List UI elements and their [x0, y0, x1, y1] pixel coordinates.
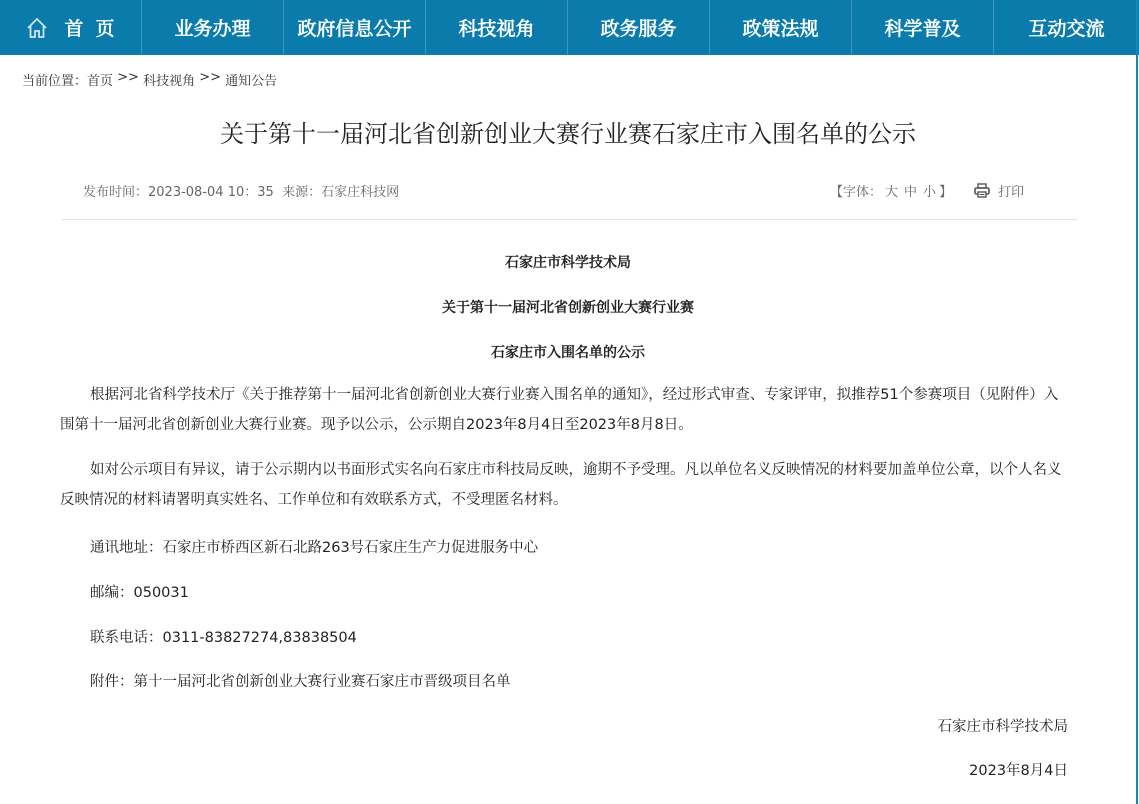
- nav-home-label: 首页: [64, 14, 126, 41]
- breadcrumb: 当前位置： 首页 >> 科技视角 >> 通知公告: [22, 70, 277, 89]
- font-size-small[interactable]: 小: [923, 181, 936, 200]
- body-paragraph-1: 根据河北省科学技术厅《关于推荐第十一届河北省创新创业大赛行业赛入围名单的通知》，…: [60, 380, 1070, 440]
- nav-item-gov-service[interactable]: 政务服务: [568, 0, 710, 55]
- breadcrumb-separator: >>: [195, 70, 225, 89]
- article-meta: 发布时间：2023-08-04 10：35 来源：石家庄科技网: [83, 181, 399, 200]
- publish-label: 发布时间：: [83, 185, 148, 200]
- article-tools: 【字体： 大 中 小 】 打印: [830, 181, 1024, 200]
- body-heading-line-3: 石家庄市入围名单的公示: [0, 342, 1136, 362]
- article-title: 关于第十一届河北省创新创业大赛行业赛石家庄市入围名单的公示: [0, 114, 1136, 149]
- body-heading-org: 石家庄市科学技术局: [0, 252, 1136, 272]
- signature-date: 2023年8月4日: [969, 759, 1068, 780]
- signature: 石家庄市科学技术局: [938, 715, 1069, 736]
- source-label: 来源：: [282, 185, 321, 200]
- header-divider: [62, 219, 1077, 220]
- attachment-link[interactable]: 第十一届河北省创新创业大赛行业赛石家庄市晋级项目名单: [134, 674, 511, 690]
- contact-address: 通讯地址：石家庄市桥西区新石北路263号石家庄生产力促进服务中心: [90, 536, 538, 557]
- nav-item-science[interactable]: 科学普及: [852, 0, 994, 55]
- breadcrumb-notices[interactable]: 通知公告: [225, 70, 277, 89]
- contact-postcode: 邮编：050031: [90, 581, 189, 602]
- attachment-label: 附件：: [90, 674, 134, 690]
- main-nav: 首页 业务办理 政府信息公开 科技视角 政务服务 政策法规 科学普及 互动交流: [0, 0, 1139, 55]
- nav-item-interaction[interactable]: 互动交流: [994, 0, 1139, 55]
- printer-icon: [974, 183, 990, 198]
- home-icon: [26, 17, 48, 39]
- nav-item-policy[interactable]: 政策法规: [710, 0, 852, 55]
- body-paragraph-2: 如对公示项目有异议，请于公示期内以书面形式实名向石家庄市科技局反映，逾期不予受理…: [60, 455, 1070, 515]
- scrollbar-edge: [1136, 0, 1138, 804]
- font-size-medium[interactable]: 中: [904, 181, 917, 200]
- font-size-close: 】: [939, 181, 952, 200]
- print-button[interactable]: 打印: [974, 181, 1024, 200]
- nav-item-home[interactable]: 首页: [0, 0, 142, 55]
- nav-item-tech-view[interactable]: 科技视角: [426, 0, 568, 55]
- font-size-large[interactable]: 大: [885, 181, 898, 200]
- source-name: 石家庄科技网: [321, 185, 399, 200]
- breadcrumb-separator: >>: [113, 70, 143, 89]
- font-size-label: 【字体：: [830, 181, 882, 200]
- breadcrumb-tech-view[interactable]: 科技视角: [143, 70, 195, 89]
- breadcrumb-home[interactable]: 首页: [87, 70, 113, 89]
- print-label: 打印: [998, 181, 1024, 200]
- nav-item-business[interactable]: 业务办理: [142, 0, 284, 55]
- page: 首页 业务办理 政府信息公开 科技视角 政务服务 政策法规 科学普及 互动交流 …: [0, 0, 1139, 804]
- body-heading-line-2: 关于第十一届河北省创新创业大赛行业赛: [0, 297, 1136, 317]
- breadcrumb-label: 当前位置：: [22, 70, 87, 89]
- nav-item-gov-info[interactable]: 政府信息公开: [284, 0, 426, 55]
- publish-time: 2023-08-04 10：35: [148, 185, 274, 200]
- contact-phone: 联系电话：0311-83827274,83838504: [90, 626, 357, 647]
- attachment: 附件：第十一届河北省创新创业大赛行业赛石家庄市晋级项目名单: [90, 670, 511, 691]
